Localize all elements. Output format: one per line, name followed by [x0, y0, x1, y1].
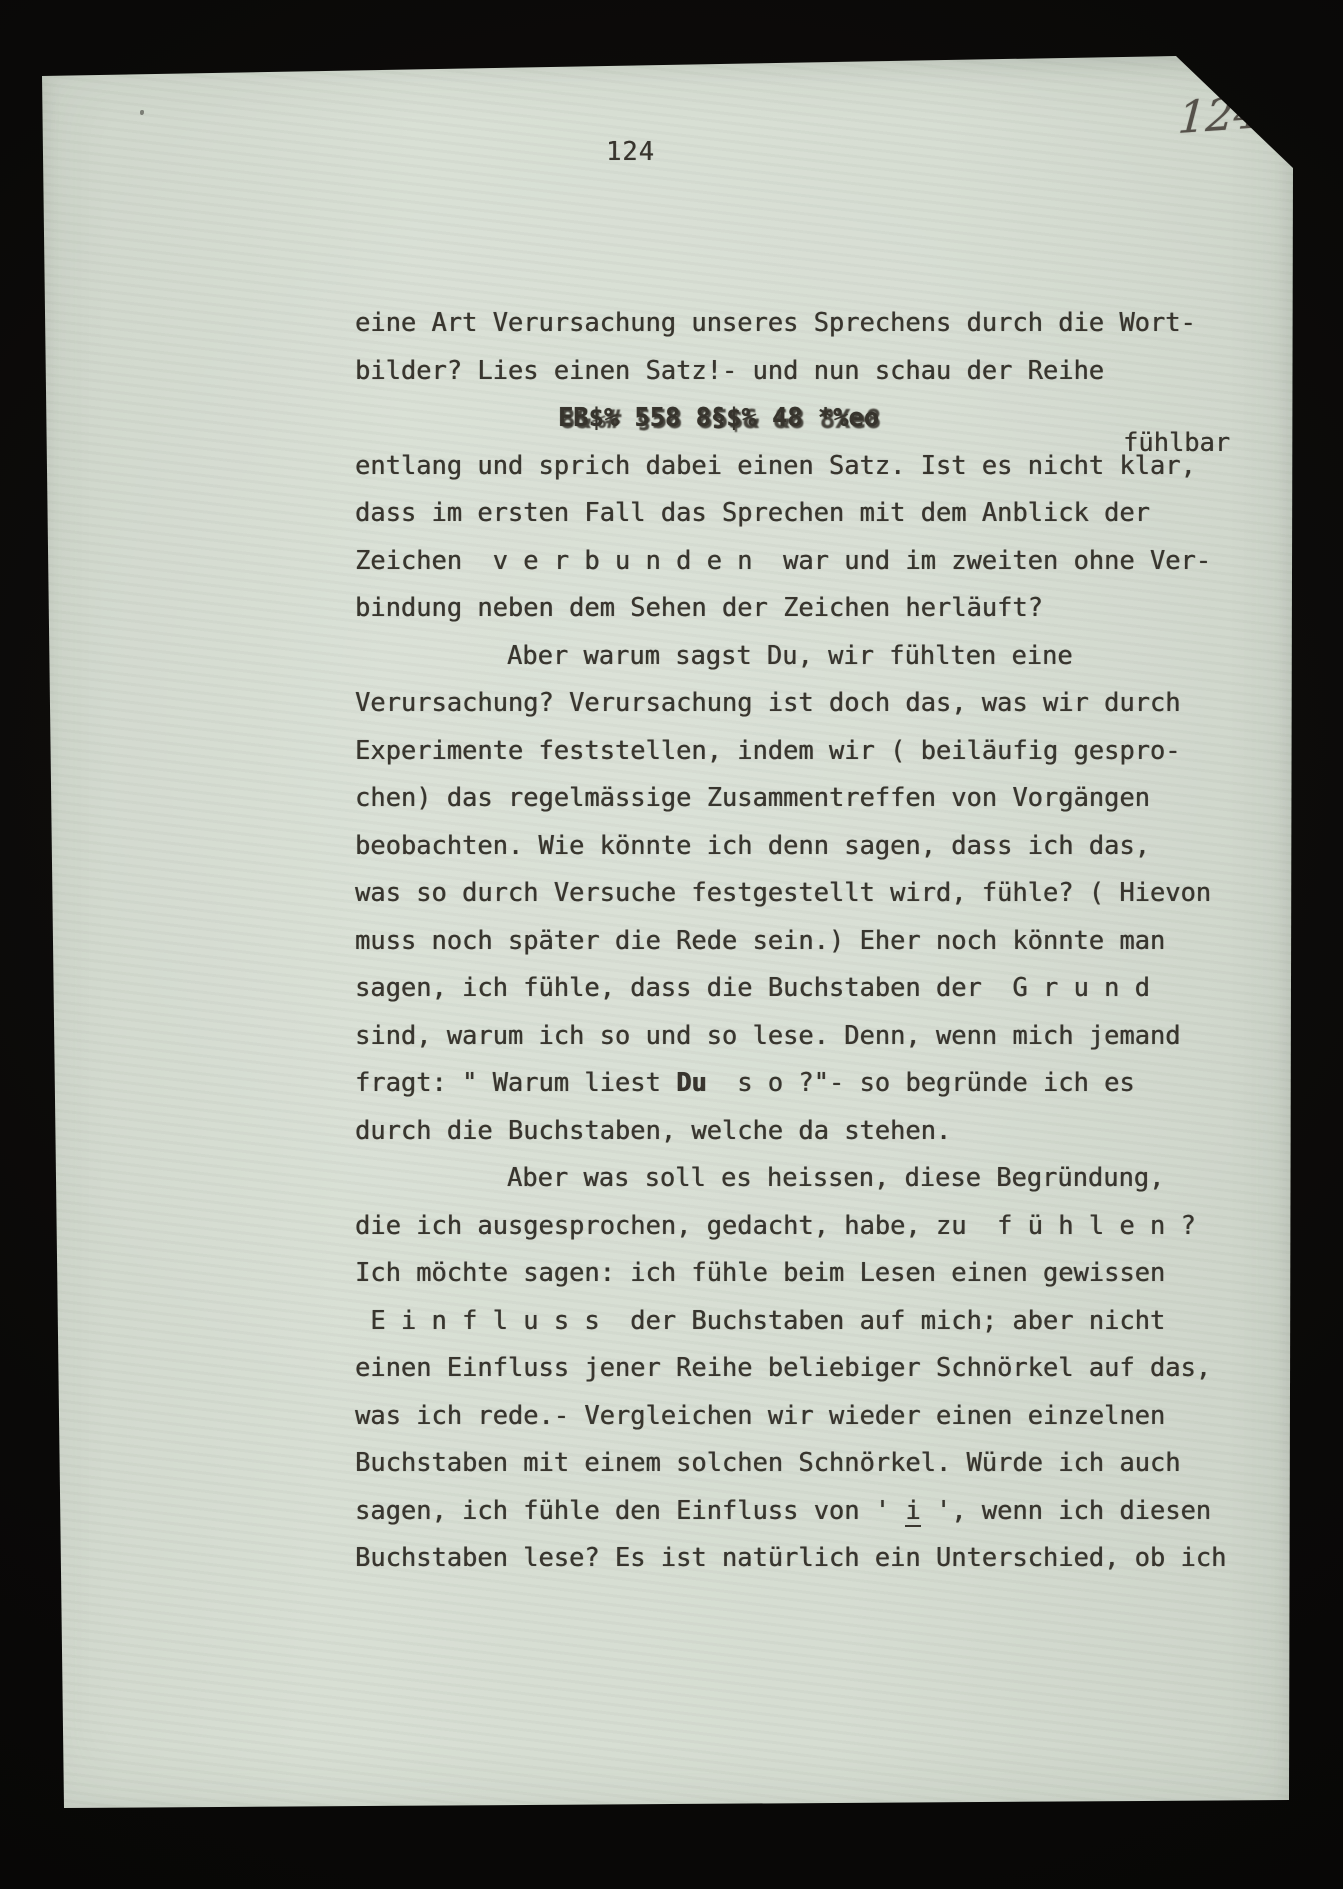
typescript-line: sind, warum ich so und so lese. Denn, we…	[355, 1012, 1255, 1060]
overstruck-word: Du	[676, 1067, 707, 1097]
line-text: muss noch später die Rede sein.) Eher no…	[355, 925, 1165, 955]
typescript-line: sagen, ich fühle, dass die Buchstaben de…	[355, 964, 1255, 1012]
typescript-line: E i n f l u s s der Buchstaben auf mich;…	[355, 1297, 1255, 1345]
manuscript-page: 124 124 eine Art Verursachung unseres Sp…	[40, 56, 1293, 1808]
typescript-line: bilder? Lies einen Satz!- und nun schau …	[355, 347, 1255, 395]
line-text: sagen, ich fühle, dass die Buchstaben de…	[355, 972, 1150, 1002]
typescript-line: Verursachung? Verursachung ist doch das,…	[355, 679, 1255, 727]
line-text: Buchstaben mit einem solchen Schnörkel. …	[355, 1447, 1180, 1477]
typescript-line: beobachten. Wie könnte ich denn sagen, d…	[355, 822, 1255, 870]
line-text: chen) das regelmässige Zusammentreffen v…	[355, 782, 1150, 812]
obliterated-line: EB$% 558 8§$% 48 *%eo8&%# §58 85$& &8 8X…	[355, 394, 1255, 442]
line-text: eine Art Verursachung unseres Sprechens …	[355, 307, 1196, 337]
typescript-line: bindung neben dem Sehen der Zeichen herl…	[355, 584, 1255, 632]
line-text: Aber warum sagst Du, wir fühlten eine	[507, 640, 1073, 670]
typescript-line: entlang und sprich dabei einen Satz. Ist…	[355, 442, 1255, 490]
ink-speck	[140, 110, 144, 115]
line-text: was ich rede.- Vergleichen wir wieder ei…	[355, 1400, 1165, 1430]
line-text: Aber was soll es heissen, diese Begründu…	[507, 1162, 1164, 1192]
line-text: Verursachung? Verursachung ist doch das,…	[355, 687, 1180, 717]
typescript-line: chen) das regelmässige Zusammentreffen v…	[355, 774, 1255, 822]
line-text: Zeichen v e r b u n d e n war und im zwe…	[355, 545, 1211, 575]
typescript-line: die ich ausgesprochen, gedacht, habe, zu…	[355, 1202, 1255, 1250]
line-text: bilder? Lies einen Satz!- und nun schau …	[355, 355, 1104, 385]
line-text: Experimente feststellen, indem wir ( bei…	[355, 735, 1180, 765]
line-text: sagen, ich fühle den Einfluss von '	[355, 1495, 905, 1525]
typescript-line: dass im ersten Fall das Sprechen mit dem…	[355, 489, 1255, 537]
typescript-line: fragt: " Warum liest Du s o ?"- so begrü…	[355, 1059, 1255, 1107]
typescript-line: Experimente feststellen, indem wir ( bei…	[355, 727, 1255, 775]
typescript-line: Buchstaben mit einem solchen Schnörkel. …	[355, 1439, 1255, 1487]
underlined-letter: i	[905, 1495, 920, 1527]
line-text: bindung neben dem Sehen der Zeichen herl…	[355, 592, 1043, 622]
line-text: entlang und sprich dabei einen Satz. Ist…	[355, 450, 1196, 480]
typescript-line: Buchstaben lese? Es ist natürlich ein Un…	[355, 1534, 1255, 1582]
typescript-body: eine Art Verursachung unseres Sprechens …	[355, 299, 1255, 1582]
line-text: sind, warum ich so und so lese. Denn, we…	[355, 1020, 1180, 1050]
typescript-line: muss noch später die Rede sein.) Eher no…	[355, 917, 1255, 965]
typescript-line: durch die Buchstaben, welche da stehen.	[355, 1107, 1255, 1155]
typescript-line: Aber warum sagst Du, wir fühlten eine	[355, 632, 1255, 680]
line-text: ', wenn ich diesen	[921, 1495, 1211, 1525]
typescript-line: Aber was soll es heissen, diese Begründu…	[355, 1154, 1255, 1202]
typescript-line: was ich rede.- Vergleichen wir wieder ei…	[355, 1392, 1255, 1440]
typescript-line: eine Art Verursachung unseres Sprechens …	[355, 299, 1255, 347]
line-text: beobachten. Wie könnte ich denn sagen, d…	[355, 830, 1150, 860]
typescript-line: Ich möchte sagen: ich fühle beim Lesen e…	[355, 1249, 1255, 1297]
line-text: fragt: " Warum liest	[355, 1067, 676, 1097]
overtyped-deletion: EB$% 558 8§$% 48 *%eo8&%# §58 85$& &8 8X…	[558, 394, 879, 442]
handwritten-page-number: 124	[1176, 87, 1263, 144]
line-text: was so durch Versuche festgestellt wird,…	[355, 877, 1211, 907]
inserted-word: fühlbar	[1123, 427, 1230, 457]
line-text: durch die Buchstaben, welche da stehen.	[355, 1115, 951, 1145]
typescript-line: einen Einfluss jener Reihe beliebiger Sc…	[355, 1344, 1255, 1392]
typescript-line: Zeichen v e r b u n d e n war und im zwe…	[355, 537, 1255, 585]
typed-page-number: 124	[606, 136, 655, 166]
line-text: Buchstaben lese? Es ist natürlich ein Un…	[355, 1542, 1226, 1572]
line-text: die ich ausgesprochen, gedacht, habe, zu…	[355, 1210, 1196, 1240]
typescript-line: was so durch Versuche festgestellt wird,…	[355, 869, 1255, 917]
line-text: E i n f l u s s der Buchstaben auf mich;…	[355, 1305, 1165, 1335]
line-text: Ich möchte sagen: ich fühle beim Lesen e…	[355, 1257, 1165, 1287]
typescript-line: sagen, ich fühle den Einfluss von ' i ',…	[355, 1487, 1255, 1535]
line-text: dass im ersten Fall das Sprechen mit dem…	[355, 497, 1150, 527]
line-text: s o ?"- so begründe ich es	[707, 1067, 1135, 1097]
scanned-typescript-photo: 124 124 eine Art Verursachung unseres Sp…	[0, 0, 1343, 1889]
line-text: einen Einfluss jener Reihe beliebiger Sc…	[355, 1352, 1211, 1382]
